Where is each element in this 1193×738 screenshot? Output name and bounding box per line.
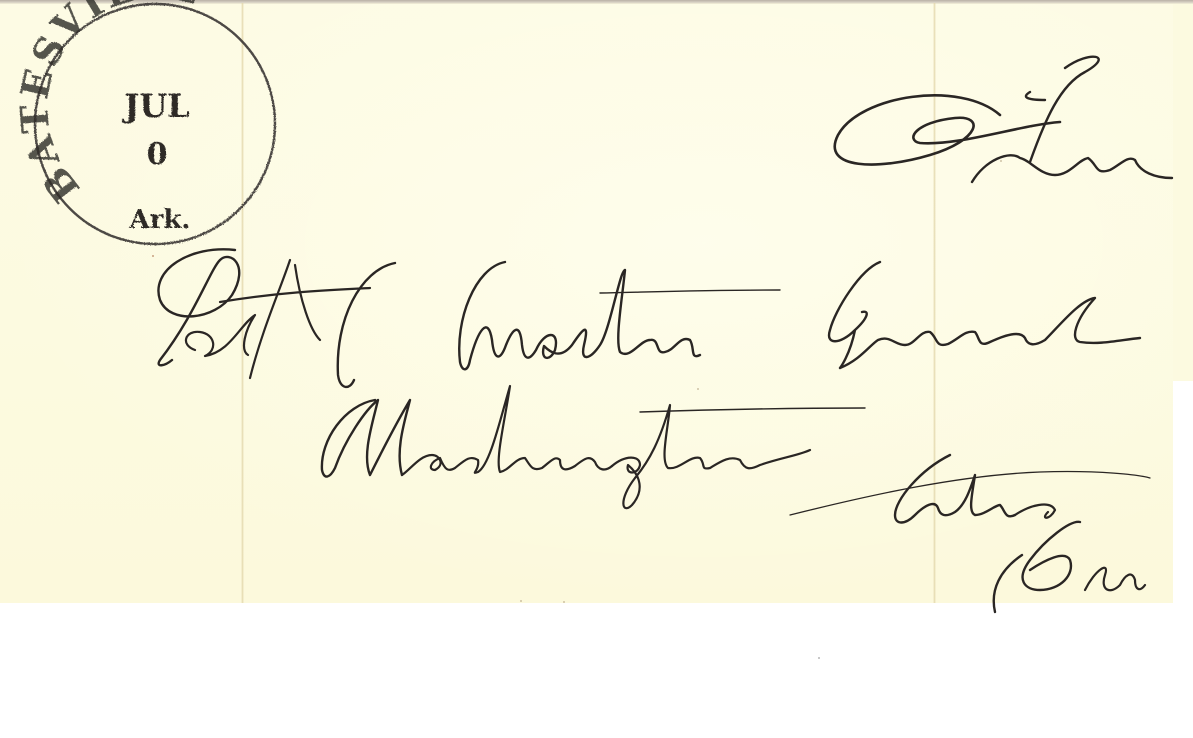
postmark-day: 0: [147, 137, 168, 172]
postmark-month: JUL: [121, 87, 190, 125]
address-line-postmaster-general: [158, 249, 1140, 387]
address-line-city: [790, 455, 1150, 523]
address-line-washington: [322, 386, 865, 508]
free-frank: [835, 57, 1172, 182]
ink-layer: BATESVILLE JUL 0 Ark.: [0, 0, 1193, 738]
postmark-state: Ark.: [129, 205, 191, 235]
address-line-dc: [994, 522, 1145, 612]
postmark: BATESVILLE JUL 0 Ark.: [11, 0, 275, 244]
